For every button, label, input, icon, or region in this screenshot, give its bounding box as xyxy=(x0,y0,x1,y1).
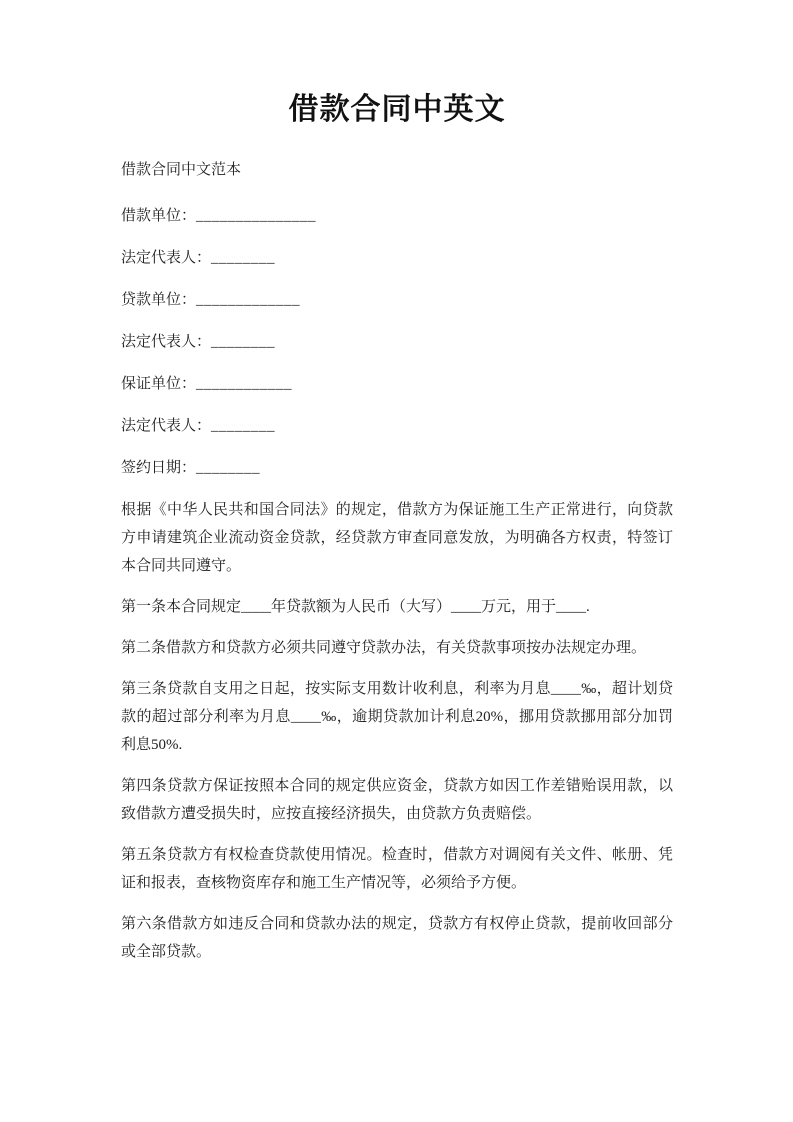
article-5-paragraph: 第五条贷款方有权检查贷款使用情况。检查时，借款方对调阅有关文件、帐册、凭证和报表… xyxy=(121,841,673,897)
blank-line: ____________ xyxy=(196,376,292,392)
blank-line: ________ xyxy=(211,418,275,434)
article-2-paragraph: 第二条借款方和贷款方必须共同遵守贷款办法，有关贷款事项按办法规定办理。 xyxy=(121,634,673,662)
field-label: 借款单位： xyxy=(121,208,196,224)
document-title: 借款合同中英文 xyxy=(121,92,673,128)
field-label: 保证单位： xyxy=(121,376,196,392)
article-4-paragraph: 第四条贷款方保证按照本合同的规定供应资金，贷款方如因工作差错贻误用款，以致借款方… xyxy=(121,772,673,828)
field-row-borrower-unit: 借款单位：_______________ xyxy=(121,202,673,230)
field-row-signing-date: 签约日期：________ xyxy=(121,454,673,482)
blank-line: ________ xyxy=(211,250,275,266)
blank-line: _____________ xyxy=(196,292,300,308)
field-label: 签约日期： xyxy=(121,460,196,476)
field-row-borrower-representative: 法定代表人：________ xyxy=(121,244,673,272)
field-row-lender-unit: 贷款单位：_____________ xyxy=(121,286,673,314)
article-1-paragraph: 第一条本合同规定____年贷款额为人民币（大写）____万元，用于____. xyxy=(121,593,673,621)
preamble-paragraph: 根据《中华人民共和国合同法》的规定，借款方为保证施工生产正常进行，向贷款方申请建… xyxy=(121,496,673,580)
field-row-guarantor-unit: 保证单位：____________ xyxy=(121,370,673,398)
field-row-guarantor-representative: 法定代表人：________ xyxy=(121,412,673,440)
article-6-paragraph: 第六条借款方如违反合同和贷款办法的规定，贷款方有权停止贷款，提前收回部分或全部贷… xyxy=(121,910,673,966)
article-3-paragraph: 第三条贷款自支用之日起，按实际支用数计收利息，利率为月息____‰，超计划贷款的… xyxy=(121,675,673,759)
field-label: 法定代表人： xyxy=(121,334,211,350)
blank-line: ________ xyxy=(196,460,260,476)
field-label: 贷款单位： xyxy=(121,292,196,308)
field-row-lender-representative: 法定代表人：________ xyxy=(121,328,673,356)
field-label: 法定代表人： xyxy=(121,418,211,434)
field-label: 法定代表人： xyxy=(121,250,211,266)
blank-line: _______________ xyxy=(196,208,316,224)
document-page: 借款合同中英文 借款合同中文范本 借款单位：_______________ 法定… xyxy=(0,0,793,1122)
blank-line: ________ xyxy=(211,334,275,350)
document-subtitle: 借款合同中文范本 xyxy=(121,156,673,184)
